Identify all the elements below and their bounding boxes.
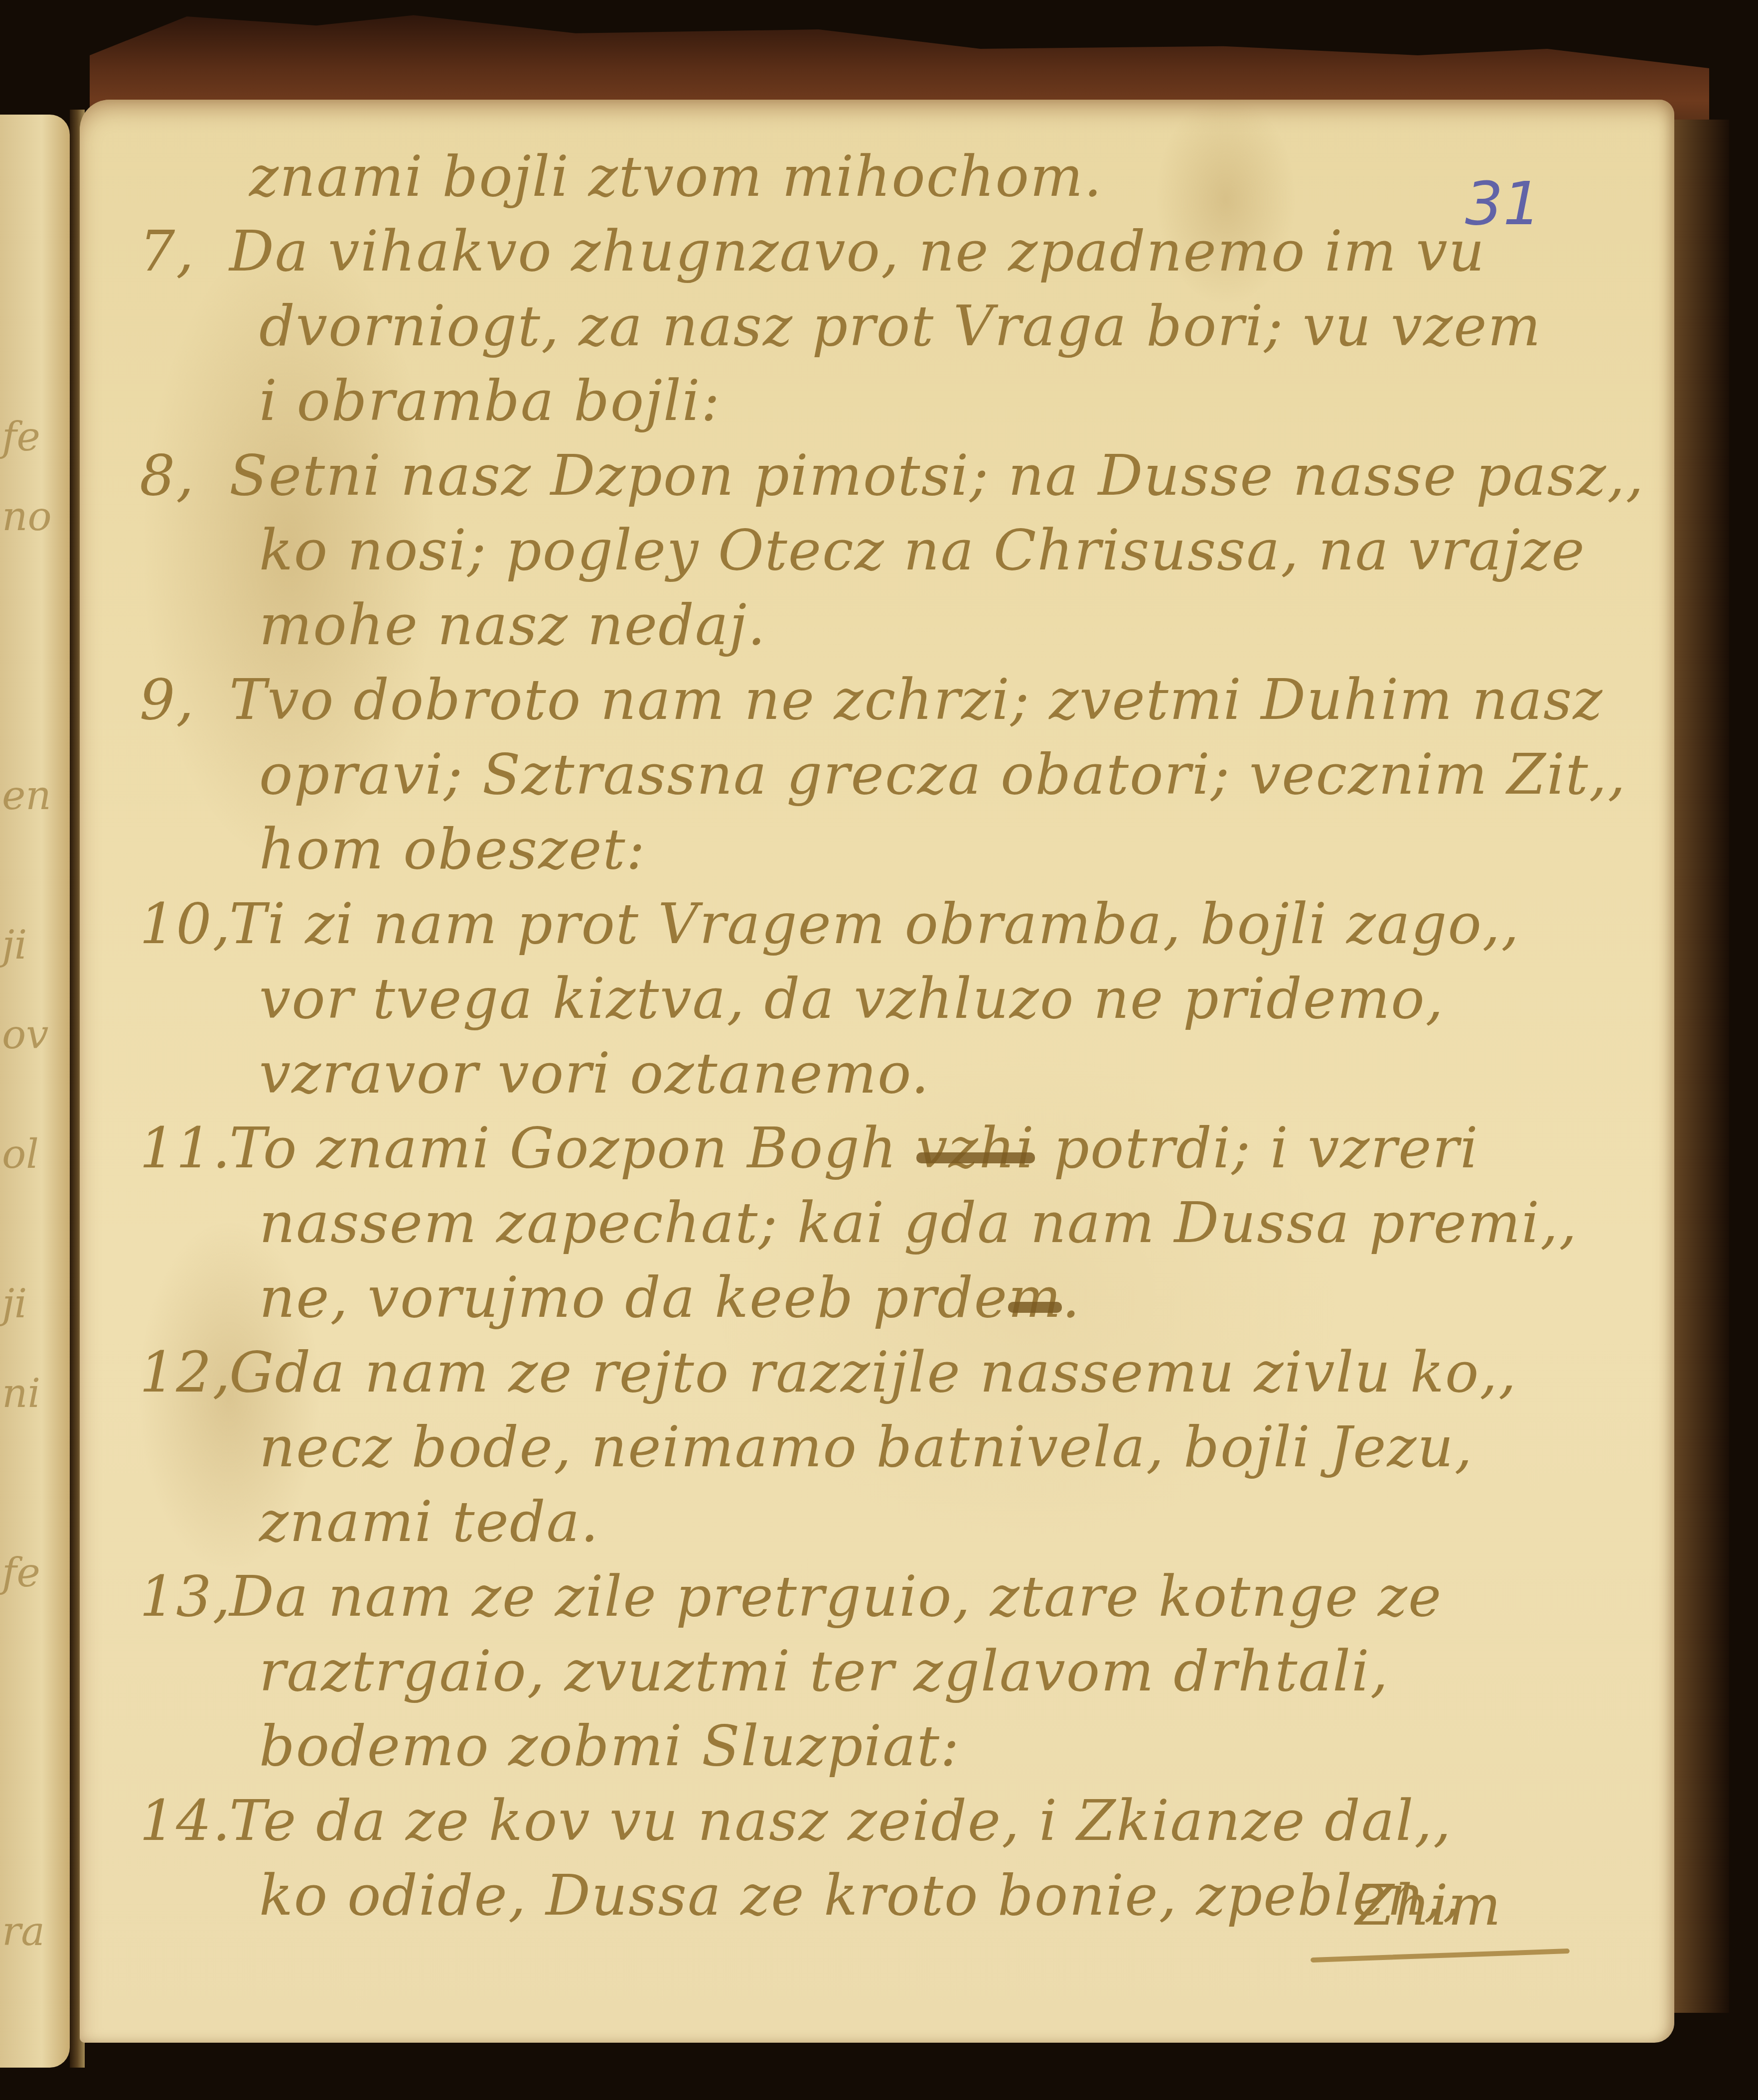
margin-fragment: ra [2, 1908, 45, 1955]
text-line: Te da ze kov vu nasz zeide, i Zkianze da… [159, 1789, 1452, 1853]
text-line: opravi; Sztrassna grecza obatori; veczni… [159, 737, 1644, 812]
verse-13: 13,Da nam ze zile pretrguio, ztare kotng… [159, 1559, 1644, 1784]
text-line: Da vihakvo zhugnzavo, ne zpadnemo im vu [159, 219, 1485, 284]
signature: Zhim [1355, 1873, 1501, 1938]
margin-fragment: fe [2, 1549, 40, 1596]
text-line: raztrgaio, zvuztmi ter zglavom drhtali, [159, 1634, 1644, 1709]
verse-11: 11.To znami Gozpon Bogh vzhi potrdi; i v… [159, 1111, 1644, 1335]
text-line: znami bojli ztvom mihochom. [159, 140, 1644, 214]
book-cover-edge [1669, 120, 1729, 2013]
margin-fragment: fe [2, 414, 40, 460]
margin-fragment: ji [2, 922, 27, 968]
text-line: To znami Gozpon Bogh [159, 1116, 897, 1181]
manuscript-text: znami bojli ztvom mihochom. 7,Da vihakvo… [159, 140, 1644, 1933]
verse-number: 14. [140, 1784, 229, 1858]
verse-number: 12, [140, 1335, 229, 1410]
left-page-edge: fe no en ji ov ol ji ni fe ra [0, 115, 70, 2068]
verse-number: 9, [140, 663, 229, 737]
text-line: Tvo dobroto nam ne zchrzi; zvetmi Duhim … [159, 668, 1603, 732]
text-line: vzravor vori oztanemo. [159, 1036, 1644, 1111]
text-line: necz bode, neimamo batnivela, bojli Jezu… [159, 1410, 1644, 1485]
text-line: znami teda. [159, 1485, 1644, 1559]
text-line: mohe nasz nedaj. [159, 588, 1644, 663]
text-line: Gda nam ze rejto razzijle nassemu zivlu … [159, 1340, 1517, 1405]
text-line: i obramba bojli: [159, 364, 1644, 438]
text-line: Setni nasz Dzpon pimotsi; na Dusse nasse… [159, 443, 1644, 508]
verse-7: 7,Da vihakvo zhugnzavo, ne zpadnemo im v… [159, 214, 1644, 438]
verse-number: 10, [140, 887, 229, 962]
verse-number: 8, [140, 438, 229, 513]
margin-fragment: ol [2, 1131, 39, 1177]
text-line: Da nam ze zile pretrguio, ztare kotnge z… [159, 1564, 1442, 1629]
verse-number: 11. [140, 1111, 229, 1186]
margin-fragment: no [2, 493, 52, 540]
text-line: hom obeszet: [159, 812, 1644, 887]
manuscript-page: 31 znami bojli ztvom mihochom. 7,Da viha… [80, 100, 1674, 2043]
margin-fragment: ji [2, 1280, 27, 1327]
text-line: Ti zi nam prot Vragem obramba, bojli zag… [159, 892, 1520, 957]
margin-fragment: en [2, 772, 51, 819]
text-line: dvorniogt, za nasz prot Vraga bori; vu v… [159, 289, 1644, 364]
text-line: ne, vorujmo da keeb prde [259, 1265, 1008, 1330]
verse-9: 9,Tvo dobroto nam ne zchrzi; zvetmi Duhi… [159, 663, 1644, 887]
margin-fragment: ni [2, 1370, 40, 1416]
verse-12: 12,Gda nam ze rejto razzijle nassemu ziv… [159, 1335, 1644, 1559]
verse-number: 7, [140, 214, 229, 289]
text-line: potrdi; i vzreri [1053, 1116, 1478, 1181]
struck-letter: m [1008, 1260, 1062, 1335]
verse-10: 10,Ti zi nam prot Vragem obramba, bojli … [159, 887, 1644, 1111]
punctuation: . [1062, 1265, 1081, 1330]
text-line: vor tvega kiztva, da vzhluzo ne pridemo, [159, 962, 1644, 1036]
margin-fragment: ov [2, 1011, 48, 1058]
text-line: ko nosi; pogley Otecz na Chrisussa, na v… [159, 513, 1644, 588]
verse-number: 13, [140, 1559, 229, 1634]
text-line: bodemo zobmi Sluzpiat: [159, 1709, 1644, 1784]
text-line: nassem zapechat; kai gda nam Dussa premi… [159, 1186, 1644, 1260]
signature-underline [1311, 1949, 1570, 1962]
struck-word: vzhi [916, 1111, 1035, 1186]
verse-8: 8,Setni nasz Dzpon pimotsi; na Dusse nas… [159, 438, 1644, 663]
